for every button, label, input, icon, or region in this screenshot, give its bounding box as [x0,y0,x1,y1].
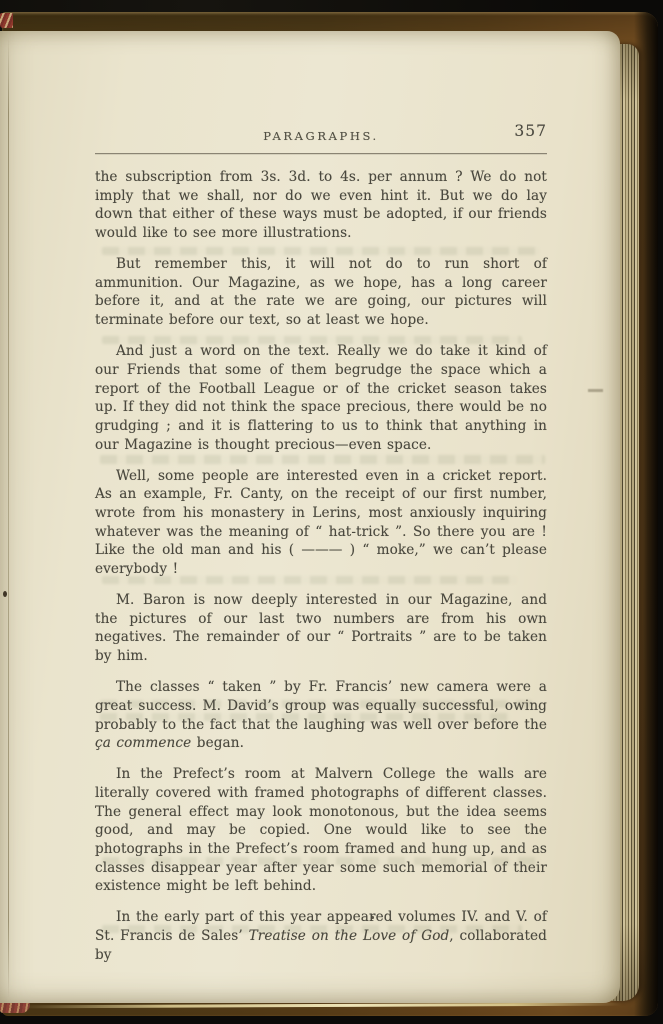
paragraph: In the early part of this year appeared … [95,908,547,964]
paragraph: The classes “ taken ” by Fr. Francis’ ne… [95,678,547,753]
printed-text-block: PARAGRAPHS. 357 the subscription from 3s… [95,125,547,977]
headband-top [0,13,13,28]
page-header-title: PARAGRAPHS. [263,129,379,143]
margin-mark [588,389,603,392]
italic-phrase: Treatise on the Love of God [249,928,450,944]
paragraph: And just a word on the text. Really we d… [95,342,547,454]
gutter-fleck [3,591,7,597]
paragraph: In the Prefect’s room at Malvern College… [95,765,547,896]
paragraph-text: The classes “ taken ” by Fr. Francis’ ne… [95,679,547,732]
running-header: PARAGRAPHS. 357 [95,125,547,143]
paragraph: But remember this, it will not do to run… [95,255,547,330]
page-number: 357 [514,122,547,140]
gutter-line [8,36,10,998]
scanned-book-page-view: PARAGRAPHS. 357 the subscription from 3s… [0,0,663,1024]
italic-phrase: ça commence [95,735,191,751]
paragraph: Well, some people are interested even in… [95,467,547,579]
body-text: the subscription from 3s. 3d. to 4s. per… [95,168,547,964]
paragraph: the subscription from 3s. 3d. to 4s. per… [95,168,547,243]
paragraph-text: began. [191,735,244,751]
paragraph: M. Baron is now deeply interested in our… [95,591,547,666]
header-rule [95,153,547,154]
